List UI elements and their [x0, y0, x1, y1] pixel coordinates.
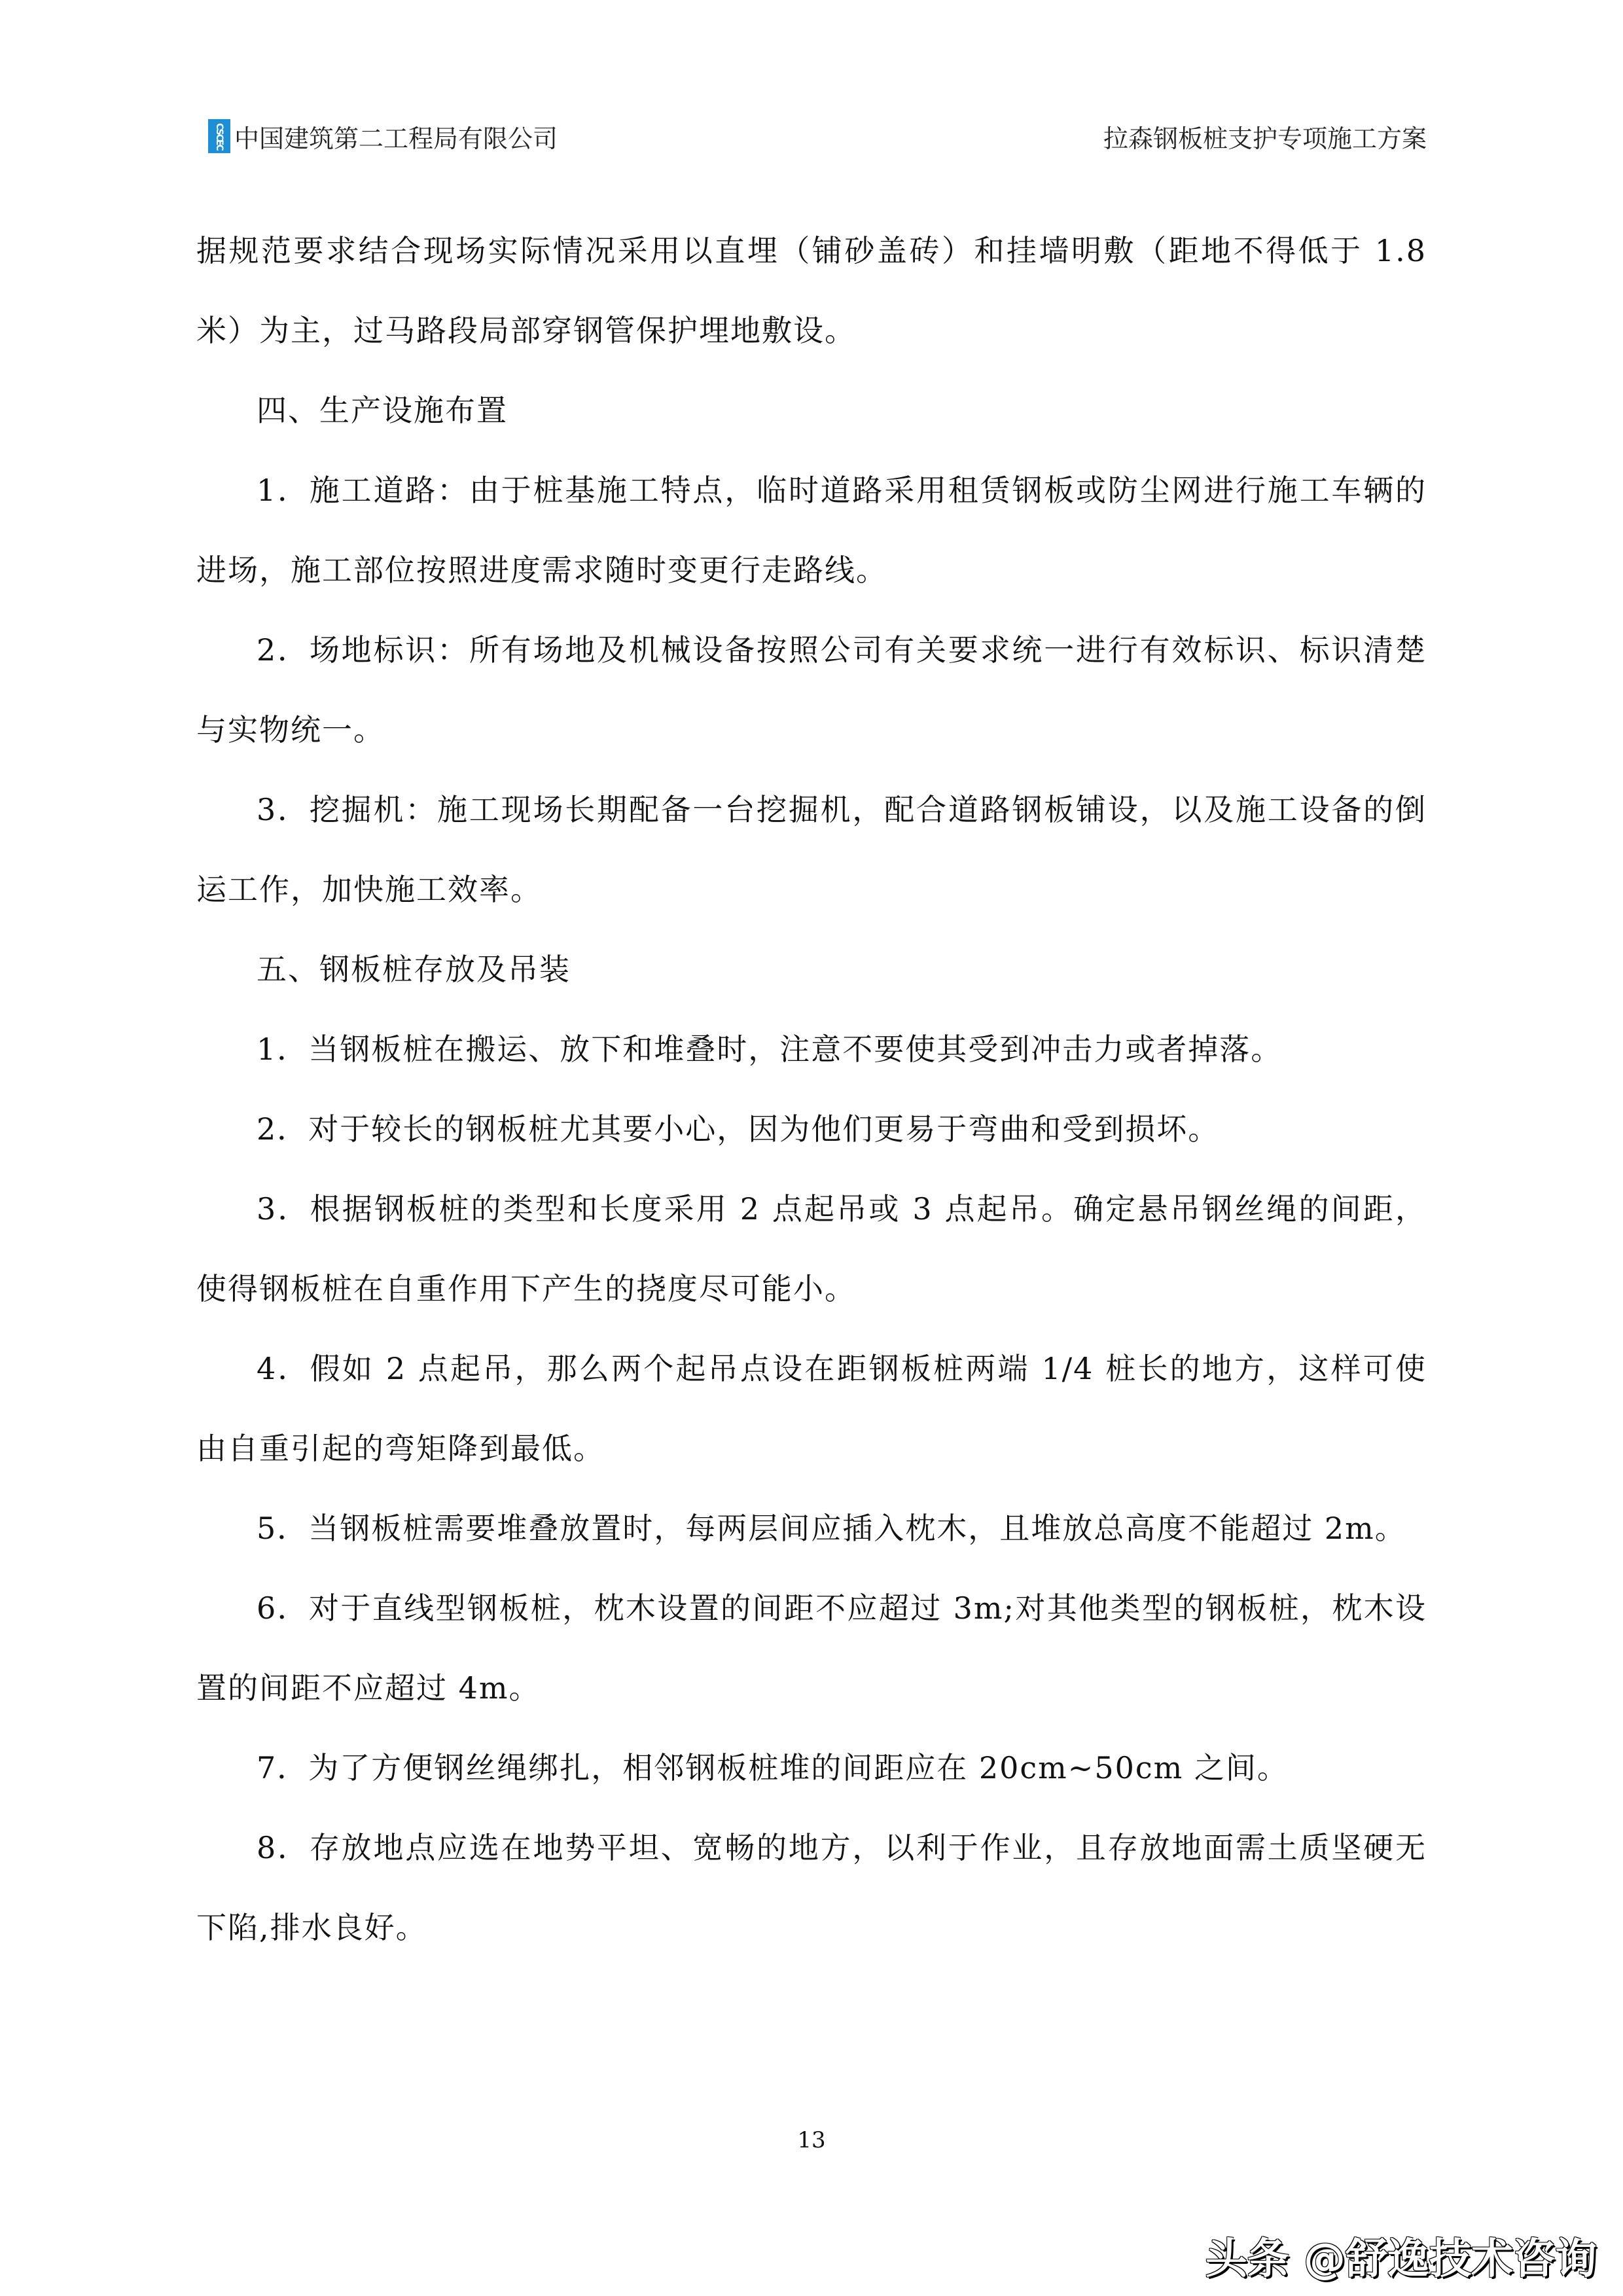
- list-item: 2．场地标识：所有场地及机械设备按照公司有关要求统一进行有效标识、标识清楚与实物…: [196, 610, 1427, 770]
- company-logo-icon: CSCEC: [208, 119, 230, 153]
- list-item: 1．当钢板桩在搬运、放下和堆叠时，注意不要使其受到冲击力或者掉落。: [196, 1009, 1427, 1089]
- document-title: 拉森钢板桩支护专项施工方案: [1103, 118, 1427, 154]
- list-item: 5．当钢板桩需要堆叠放置时，每两层间应插入枕木，且堆放总高度不能超过 2m。: [196, 1488, 1427, 1568]
- section-heading: 五、钢板桩存放及吊装: [196, 929, 1427, 1009]
- page-number: 13: [0, 2127, 1623, 2153]
- page-header: CSCEC 中国建筑第二工程局有限公司 拉森钢板桩支护专项施工方案: [208, 117, 1427, 156]
- list-item: 8．存放地点应选在地势平坦、宽畅的地方，以利于作业，且存放地面需土质坚硬无下陷,…: [196, 1808, 1427, 1967]
- list-item: 2．对于较长的钢板桩尤其要小心，因为他们更易于弯曲和受到损坏。: [196, 1089, 1427, 1169]
- watermark: 头条 @舒逸技术咨询: [1205, 2225, 1597, 2286]
- section-heading: 四、生产设施布置: [196, 370, 1427, 450]
- company-block: CSCEC 中国建筑第二工程局有限公司: [208, 118, 558, 154]
- intro-paragraph: 据规范要求结合现场实际情况采用以直埋（铺砂盖砖）和挂墙明敷（距地不得低于 1.8…: [196, 211, 1427, 370]
- list-item: 6．对于直线型钢板桩，枕木设置的间距不应超过 3m;对其他类型的钢板桩，枕木设置…: [196, 1568, 1427, 1728]
- list-item: 7．为了方便钢丝绳绑扎，相邻钢板桩堆的间距应在 20cm~50cm 之间。: [196, 1728, 1427, 1808]
- list-item: 4．假如 2 点起吊，那么两个起吊点设在距钢板桩两端 1/4 桩长的地方，这样可…: [196, 1329, 1427, 1488]
- document-body: 据规范要求结合现场实际情况采用以直埋（铺砂盖砖）和挂墙明敷（距地不得低于 1.8…: [196, 211, 1427, 1967]
- company-name: 中国建筑第二工程局有限公司: [234, 118, 558, 154]
- list-item: 3．挖掘机：施工现场长期配备一台挖掘机，配合道路钢板铺设，以及施工设备的倒运工作…: [196, 770, 1427, 929]
- list-item: 3．根据钢板桩的类型和长度采用 2 点起吊或 3 点起吊。确定悬吊钢丝绳的间距，…: [196, 1169, 1427, 1329]
- list-item: 1．施工道路：由于桩基施工特点，临时道路采用租赁钢板或防尘网进行施工车辆的进场，…: [196, 450, 1427, 610]
